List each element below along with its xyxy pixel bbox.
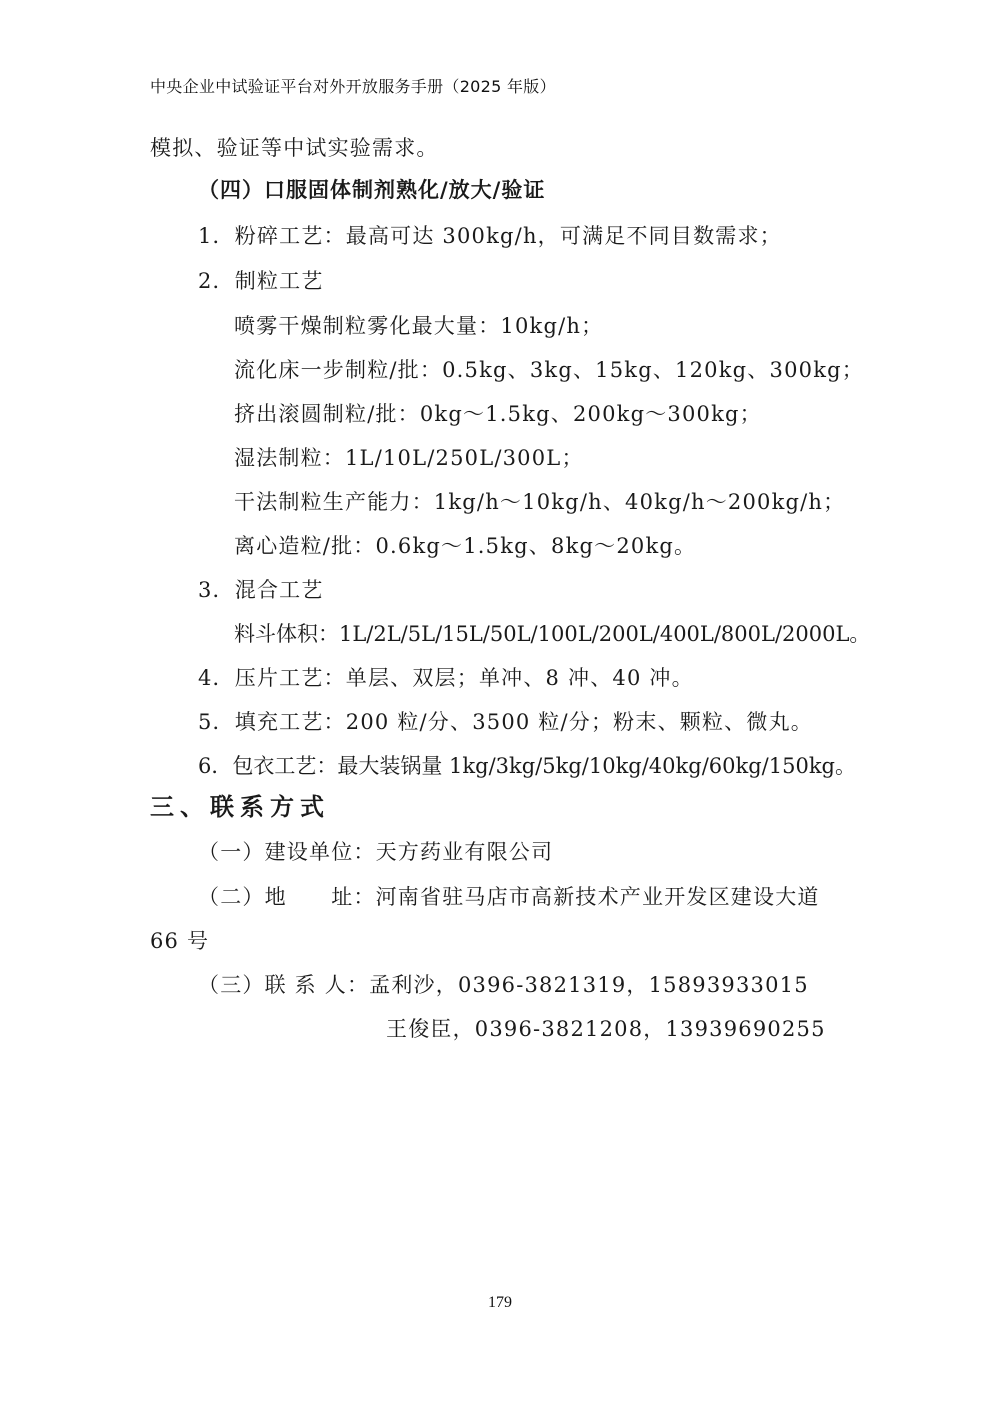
item-crushing: 1．粉碎工艺：最高可达 300kg/h，可满足不同目数需求； (198, 226, 782, 247)
page-number: 179 (0, 1294, 1000, 1312)
granulation-detail: 湿法制粒：1L/10L/250L/300L； (234, 448, 584, 469)
contact-address-continuation: 66 号 (150, 931, 209, 952)
granulation-detail: 干法制粒生产能力：1kg/h～10kg/h、40kg/h～200kg/h； (234, 492, 845, 513)
granulation-detail: 流化床一步制粒/批：0.5kg、3kg、15kg、120kg、300kg； (234, 360, 864, 381)
section-heading-contact: 三、联系方式 (150, 795, 330, 819)
contact-unit: （一）建设单位：天方药业有限公司 (198, 842, 553, 863)
item-mixing: 3．混合工艺 (198, 580, 324, 601)
document-header: 中央企业中试验证平台对外开放服务手册（2025 年版） (150, 74, 556, 97)
contact-address: （二）地 址：河南省驻马店市高新技术产业开发区建设大道 (198, 887, 820, 908)
granulation-detail: 离心造粒/批：0.6kg～1.5kg、8kg～20kg。 (234, 536, 696, 557)
granulation-detail: 挤出滚圆制粒/批：0kg～1.5kg、200kg～300kg； (234, 404, 762, 425)
item-filling: 5．填充工艺：200 粒/分、3500 粒/分；粉末、颗粒、微丸。 (198, 712, 813, 733)
item-tableting: 4．压片工艺：单层、双层；单冲、8 冲、40 冲。 (198, 668, 694, 689)
item-granulation: 2．制粒工艺 (198, 271, 324, 292)
mixing-detail: 料斗体积：1L/2L/5L/15L/50L/100L/200L/400L/800… (234, 624, 870, 645)
contact-person-1: （三）联 系 人：孟利沙，0396-3821319，15893933015 (198, 975, 809, 996)
granulation-detail: 喷雾干燥制粒雾化最大量：10kg/h； (234, 316, 603, 337)
item-coating: 6．包衣工艺：最大装锅量 1kg/3kg/5kg/10kg/40kg/60kg/… (198, 756, 856, 777)
section-heading-oral-solid: （四）口服固体制剂熟化/放大/验证 (198, 180, 545, 201)
intro-continuation: 模拟、验证等中试实验需求。 (150, 138, 439, 159)
contact-person-2: 王俊臣，0396-3821208，13939690255 (386, 1019, 826, 1040)
